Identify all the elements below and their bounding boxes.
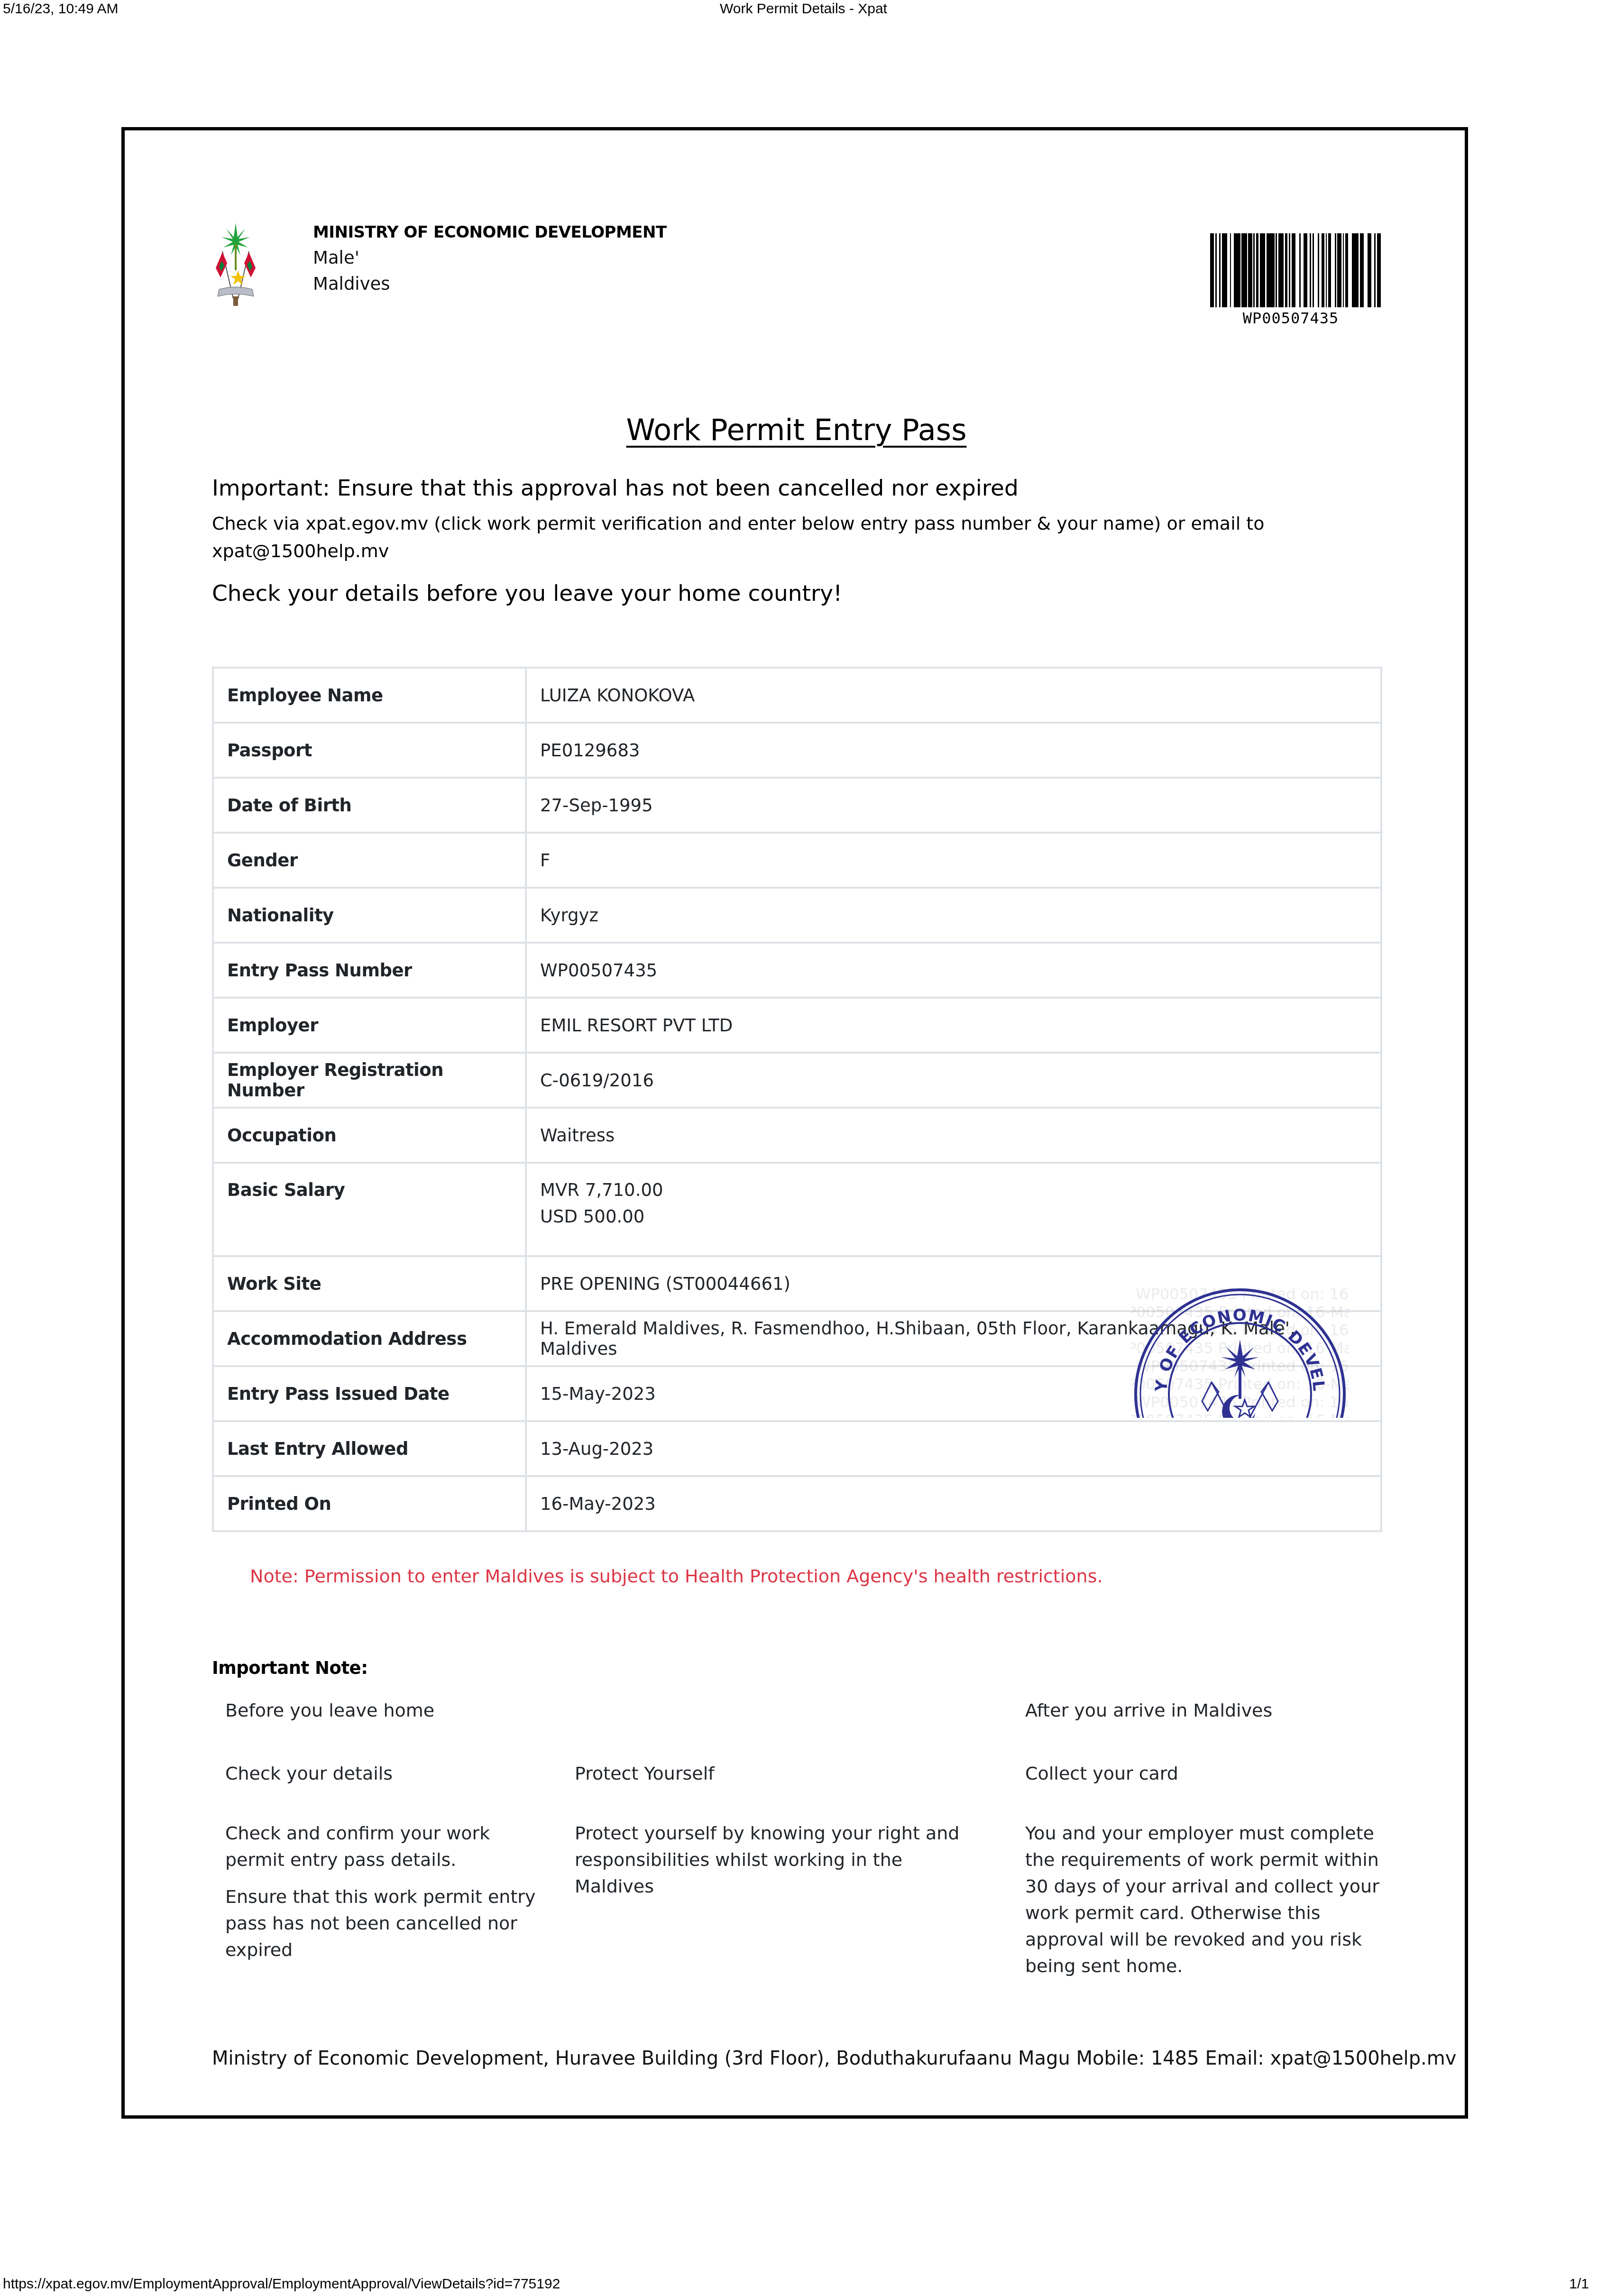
verification-instructions: Check via xpat.egov.mv (click work permi…	[212, 510, 1303, 565]
field-label: Work Site	[213, 1256, 526, 1311]
field-label: Basic Salary	[213, 1163, 526, 1256]
table-row: Date of Birth27-Sep-1995	[213, 778, 1381, 833]
field-value: Kyrgyz	[526, 888, 1381, 943]
collect-para-1: You and your employer must complete the …	[1025, 1820, 1386, 1979]
barcode: WP00507435	[1210, 233, 1381, 327]
table-row: OccupationWaitress	[213, 1108, 1381, 1163]
field-value: EMIL RESORT PVT LTD	[526, 998, 1381, 1053]
organization-block: MINISTRY OF ECONOMIC DEVELOPMENT Male' M…	[313, 220, 667, 297]
print-page-title: Work Permit Details - Xpat	[0, 1, 1607, 17]
field-value: 16-May-2023	[526, 1476, 1381, 1531]
important-warning: Important: Ensure that this approval has…	[212, 474, 1019, 503]
before-leave-heading: Before you leave home	[225, 1700, 434, 1721]
page-title: Work Permit Entry Pass	[212, 413, 1381, 447]
col-heading-protect-yourself: Protect Yourself	[575, 1763, 715, 1784]
field-label: Nationality	[213, 888, 526, 943]
field-value: H. Emerald Maldives, R. Fasmendhoo, H.Sh…	[526, 1311, 1381, 1366]
field-value: C-0619/2016	[526, 1053, 1381, 1108]
field-label: Employer Registration Number	[213, 1053, 526, 1108]
field-value: Waitress	[526, 1108, 1381, 1163]
org-country: Maldives	[313, 271, 667, 297]
field-value: PRE OPENING (ST00044661)	[526, 1256, 1381, 1311]
barcode-text: WP00507435	[1201, 309, 1381, 327]
field-label: Passport	[213, 723, 526, 778]
print-header: 5/16/23, 10:49 AM Work Permit Details - …	[0, 1, 1607, 20]
field-label: Gender	[213, 833, 526, 888]
field-label: Entry Pass Number	[213, 943, 526, 998]
print-page-count: 1/1	[1569, 2276, 1589, 2292]
health-restriction-note: Note: Permission to enter Maldives is su…	[250, 1566, 1103, 1587]
check-details-para-1: Check and confirm your work permit entry…	[225, 1820, 538, 1873]
field-label: Printed On	[213, 1476, 526, 1531]
table-row: Entry Pass Issued Date15-May-2023	[213, 1366, 1381, 1421]
document-header: MINISTRY OF ECONOMIC DEVELOPMENT Male' M…	[212, 218, 1381, 327]
table-row: Last Entry Allowed13-Aug-2023	[213, 1421, 1381, 1476]
field-label: Employer	[213, 998, 526, 1053]
ministry-address-footer: Ministry of Economic Development, Hurave…	[212, 2048, 1456, 2069]
col-body-collect-card: You and your employer must complete the …	[1025, 1820, 1386, 1990]
table-row: Basic SalaryMVR 7,710.00USD 500.00	[213, 1163, 1381, 1256]
field-value: MVR 7,710.00USD 500.00	[526, 1163, 1381, 1256]
maldives-emblem-icon	[212, 218, 259, 308]
table-row: NationalityKyrgyz	[213, 888, 1381, 943]
field-value: 15-May-2023	[526, 1366, 1381, 1421]
field-value: 27-Sep-1995	[526, 778, 1381, 833]
col-body-protect-yourself: Protect yourself by knowing your right a…	[575, 1820, 964, 1910]
protect-para-1: Protect yourself by knowing your right a…	[575, 1820, 964, 1900]
after-arrive-heading: After you arrive in Maldives	[1025, 1700, 1272, 1721]
col-heading-collect-card: Collect your card	[1025, 1763, 1178, 1784]
table-row: Accommodation AddressH. Emerald Maldives…	[213, 1311, 1381, 1366]
field-value: LUIZA KONOKOVA	[526, 668, 1381, 723]
table-row: GenderF	[213, 833, 1381, 888]
table-row: Employee NameLUIZA KONOKOVA	[213, 668, 1381, 723]
barcode-bars	[1210, 233, 1381, 307]
col-heading-check-details: Check your details	[225, 1763, 393, 1784]
field-value: 13-Aug-2023	[526, 1421, 1381, 1476]
table-row: Printed On16-May-2023	[213, 1476, 1381, 1531]
print-url: https://xpat.egov.mv/EmploymentApproval/…	[3, 2276, 560, 2292]
table-row: PassportPE0129683	[213, 723, 1381, 778]
field-label: Employee Name	[213, 668, 526, 723]
table-row: Entry Pass NumberWP00507435	[213, 943, 1381, 998]
field-label: Entry Pass Issued Date	[213, 1366, 526, 1421]
org-name: MINISTRY OF ECONOMIC DEVELOPMENT	[313, 220, 667, 245]
table-row: Employer Registration NumberC-0619/2016	[213, 1053, 1381, 1108]
table-row: Work SitePRE OPENING (ST00044661)	[213, 1256, 1381, 1311]
details-table: Employee NameLUIZA KONOKOVAPassportPE012…	[212, 667, 1382, 1532]
field-value: WP00507435	[526, 943, 1381, 998]
field-value: PE0129683	[526, 723, 1381, 778]
table-row: EmployerEMIL RESORT PVT LTD	[213, 998, 1381, 1053]
salary-usd: USD 500.00	[540, 1203, 1367, 1230]
salary-mvr: MVR 7,710.00	[540, 1177, 1367, 1203]
check-details-para-2: Ensure that this work permit entry pass …	[225, 1883, 538, 1963]
col-body-check-details: Check and confirm your work permit entry…	[225, 1820, 538, 1974]
field-value: F	[526, 833, 1381, 888]
field-label: Occupation	[213, 1108, 526, 1163]
important-note-heading: Important Note:	[212, 1658, 368, 1678]
field-label: Date of Birth	[213, 778, 526, 833]
field-label: Last Entry Allowed	[213, 1421, 526, 1476]
print-footer: https://xpat.egov.mv/EmploymentApproval/…	[0, 2276, 1607, 2295]
check-details-heading: Check your details before you leave your…	[212, 579, 842, 608]
field-label: Accommodation Address	[213, 1311, 526, 1366]
org-city: Male'	[313, 245, 667, 271]
